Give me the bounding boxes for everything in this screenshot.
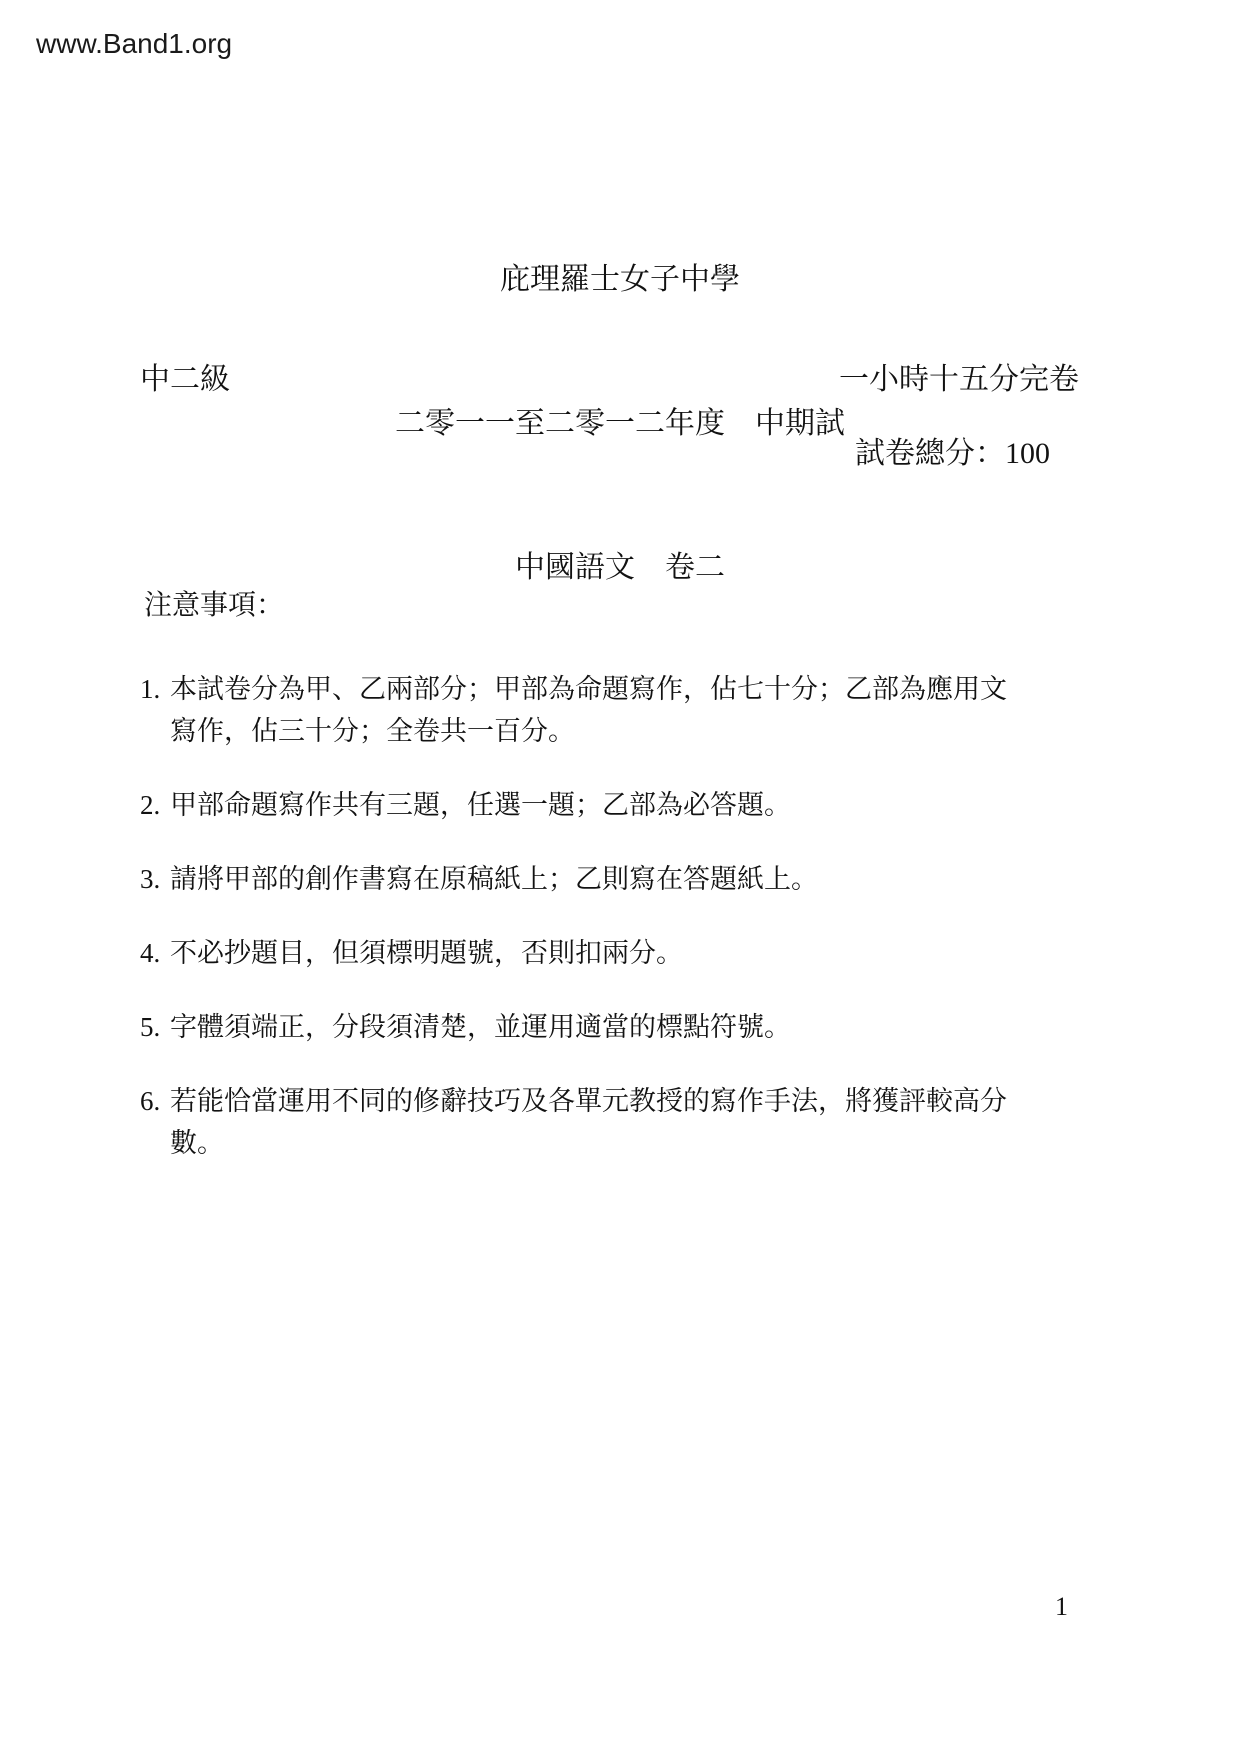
note-text: 請將甲部的創作書寫在原稿紙上；乙則寫在答題紙上。 bbox=[170, 858, 1014, 900]
school-name: 庇理羅士女子中學 bbox=[0, 256, 1240, 304]
exam-meta-row: 中二級 一小時十五分完卷 bbox=[140, 362, 1079, 398]
note-number: 6. bbox=[140, 1080, 170, 1122]
time-allowed: 一小時十五分完卷 bbox=[839, 362, 1079, 398]
note-number: 5. bbox=[140, 1006, 170, 1048]
document-page: www.Band1.org 庇理羅士女子中學 二零一一至二零一二年度 中期試 中… bbox=[0, 0, 1240, 1754]
note-text: 若能恰當運用不同的修辭技巧及各單元教授的寫作手法，將獲評較高分數。 bbox=[170, 1080, 1014, 1164]
page-number: 1 bbox=[1055, 1592, 1068, 1622]
total-marks: 試卷總分：100 bbox=[855, 436, 1050, 472]
note-text: 本試卷分為甲、乙兩部分；甲部為命題寫作，佔七十分；乙部為應用文寫作，佔三十分；全… bbox=[170, 668, 1014, 752]
watermark-url: www.Band1.org bbox=[36, 28, 232, 60]
note-number: 2. bbox=[140, 784, 170, 826]
note-text: 甲部命題寫作共有三題，任選一題；乙部為必答題。 bbox=[170, 784, 1014, 826]
note-item: 4. 不必抄題目，但須標明題號，否則扣兩分。 bbox=[140, 932, 1040, 974]
class-level: 中二級 bbox=[140, 362, 230, 398]
exam-session: 二零一一至二零一二年度 中期試 bbox=[0, 400, 1240, 448]
note-item: 1. 本試卷分為甲、乙兩部分；甲部為命題寫作，佔七十分；乙部為應用文寫作，佔三十… bbox=[140, 668, 1040, 752]
note-number: 3. bbox=[140, 858, 170, 900]
note-number: 1. bbox=[140, 668, 170, 710]
note-text: 字體須端正，分段須清楚，並運用適當的標點符號。 bbox=[170, 1006, 1014, 1048]
note-text: 不必抄題目，但須標明題號，否則扣兩分。 bbox=[170, 932, 1014, 974]
notes-list: 1. 本試卷分為甲、乙兩部分；甲部為命題寫作，佔七十分；乙部為應用文寫作，佔三十… bbox=[140, 668, 1040, 1196]
subject-paper-title: 中國語文 卷二 bbox=[0, 544, 1240, 592]
note-item: 5. 字體須端正，分段須清楚，並運用適當的標點符號。 bbox=[140, 1006, 1040, 1048]
note-item: 3. 請將甲部的創作書寫在原稿紙上；乙則寫在答題紙上。 bbox=[140, 858, 1040, 900]
note-item: 6. 若能恰當運用不同的修辭技巧及各單元教授的寫作手法，將獲評較高分數。 bbox=[140, 1080, 1040, 1164]
note-number: 4. bbox=[140, 932, 170, 974]
notes-heading: 注意事項： bbox=[144, 586, 284, 626]
note-item: 2. 甲部命題寫作共有三題，任選一題；乙部為必答題。 bbox=[140, 784, 1040, 826]
